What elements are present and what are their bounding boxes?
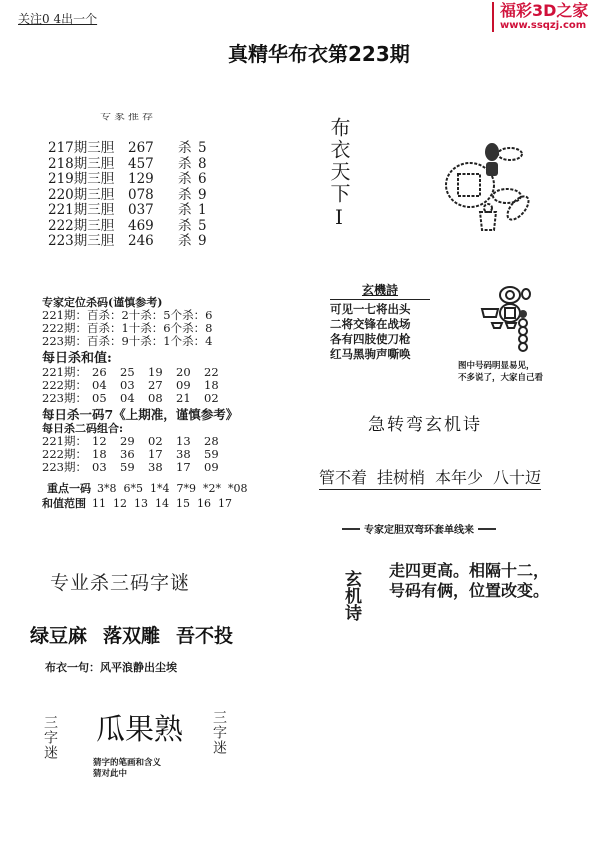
sum-kill-section: 每日杀和值: 221期：2625192022 222期：0403270918 2…: [42, 351, 232, 405]
code-kill-section: 每日杀一码7《上期准，谨慎参考》 每日杀二码组合: 221期：122902132…: [42, 407, 238, 474]
three-char-riddle-label-left: 三字迷: [43, 715, 57, 760]
three-dan-row: 222期三胆469杀5: [48, 219, 218, 235]
expert-line-text: 专家定胆双弯环套单线来: [364, 521, 474, 536]
three-dan-row: 217期三胆267杀5: [48, 141, 218, 157]
two-code-kill-row: 223期：0359381709: [42, 461, 238, 474]
xuanjishi-lines: 走四更高。相隔十二， 号码有俩，位置改变。: [389, 561, 549, 601]
watermark-brand: 福彩3D之家: [500, 2, 600, 20]
jizhuan-word: 八十迈: [493, 468, 541, 487]
xuanji-poem-title: 玄機詩: [330, 281, 430, 300]
jizhuan-title: 急转弯玄机诗: [368, 410, 482, 435]
position-kill-row: 223期：百杀：9十杀：1个杀：4: [42, 335, 212, 348]
xuanjishi-line: 走四更高。相隔十二，: [389, 561, 549, 581]
three-char-riddle-label-right: 三字迷: [212, 710, 226, 755]
riddle-words: 绿豆麻落双雕吾不投: [30, 621, 260, 648]
three-dan-list: 217期三胆267杀5 218期三胆457杀8 219期三胆129杀6 220期…: [48, 141, 218, 250]
xuanji-poem-line: 各有四肢使刀枪: [330, 332, 430, 347]
key-code-row: 重点一码3*86*51*47*9*2**08: [47, 482, 255, 496]
riddle-word: 绿豆麻: [30, 625, 87, 647]
riddle-title: 专业杀三码字谜: [50, 568, 190, 595]
page-title: 真精华布衣第223期: [228, 38, 410, 67]
watermark-url: www.ssqzj.com: [500, 20, 600, 32]
coin-cup-illustration: [440, 140, 560, 240]
figure-note: 图中号码明显易见， 不多说了，大家自己看: [458, 360, 543, 384]
jizhuan-word: 管不着: [319, 468, 367, 487]
jizhuan-word: 挂树梢: [377, 468, 425, 487]
buyi-tianxia: 布衣天下I: [326, 117, 351, 231]
xuanji-poem-line: 红马黑驹声嘶唤: [330, 347, 430, 362]
sum-range-row: 和值范围11121314151617: [42, 497, 239, 511]
three-dan-row: 218期三胆457杀8: [48, 157, 218, 173]
three-dan-row: 219期三胆129杀6: [48, 172, 218, 188]
riddle-word: 落双雕: [103, 625, 160, 647]
xuanji-poem-line: 可见一七将出头: [330, 302, 430, 317]
sum-kill-header: 每日杀和值:: [42, 351, 232, 366]
coin-ingot-illustration: [478, 285, 558, 355]
jizhuan-words: 管不着挂树梢本年少八十迈: [319, 465, 541, 490]
coin-cup-icon: [440, 140, 560, 240]
xuanji-poem-line: 二将交锋在战场: [330, 317, 430, 332]
key-code-label: 重点一码: [47, 482, 91, 495]
riddle-word: 吾不投: [176, 625, 233, 647]
top-note: 关注0 4出一个: [18, 10, 97, 27]
sum-kill-row: 223期：0504082102: [42, 392, 232, 405]
position-kill-section: 专家定位杀码(谨慎参考) 221期：百杀：2十杀：5个杀：6 222期：百杀：1…: [42, 296, 212, 348]
three-dan-row: 220期三胆078杀9: [48, 188, 218, 204]
xuanjishi-line: 号码有俩，位置改变。: [389, 581, 549, 601]
watermark: 福彩3D之家 www.ssqzj.com: [492, 2, 600, 32]
one-code-kill: 每日杀一码7《上期准，谨慎参考》: [42, 407, 238, 422]
expert-line: 专家定胆双弯环套单线来: [338, 521, 500, 536]
three-char-riddle-main: 瓜果熟: [96, 707, 183, 748]
xuanji-poem-box: 玄機詩 可见一七将出头 二将交锋在战场 各有四肢使刀枪 红马黑驹声嘶唤: [330, 281, 430, 362]
divider: [342, 528, 360, 530]
xuanji-poem-lines: 可见一七将出头 二将交锋在战场 各有四肢使刀枪 红马黑驹声嘶唤: [330, 302, 430, 362]
recommend-header: 专家推荐: [100, 113, 156, 121]
buyi-line: 布衣一句：风平浪静出尘埃: [45, 659, 177, 675]
jizhuan-word: 本年少: [435, 468, 483, 487]
divider: [478, 528, 496, 530]
three-char-riddle-hint: 猜字的笔画和含义猜对此中: [93, 758, 163, 780]
coin-ingot-icon: [478, 285, 558, 355]
three-dan-row: 223期三胆246杀9: [48, 234, 218, 250]
sum-range-label: 和值范围: [42, 497, 86, 510]
three-dan-row: 221期三胆037杀1: [48, 203, 218, 219]
xuanjishi-label: 玄机诗: [335, 570, 367, 621]
